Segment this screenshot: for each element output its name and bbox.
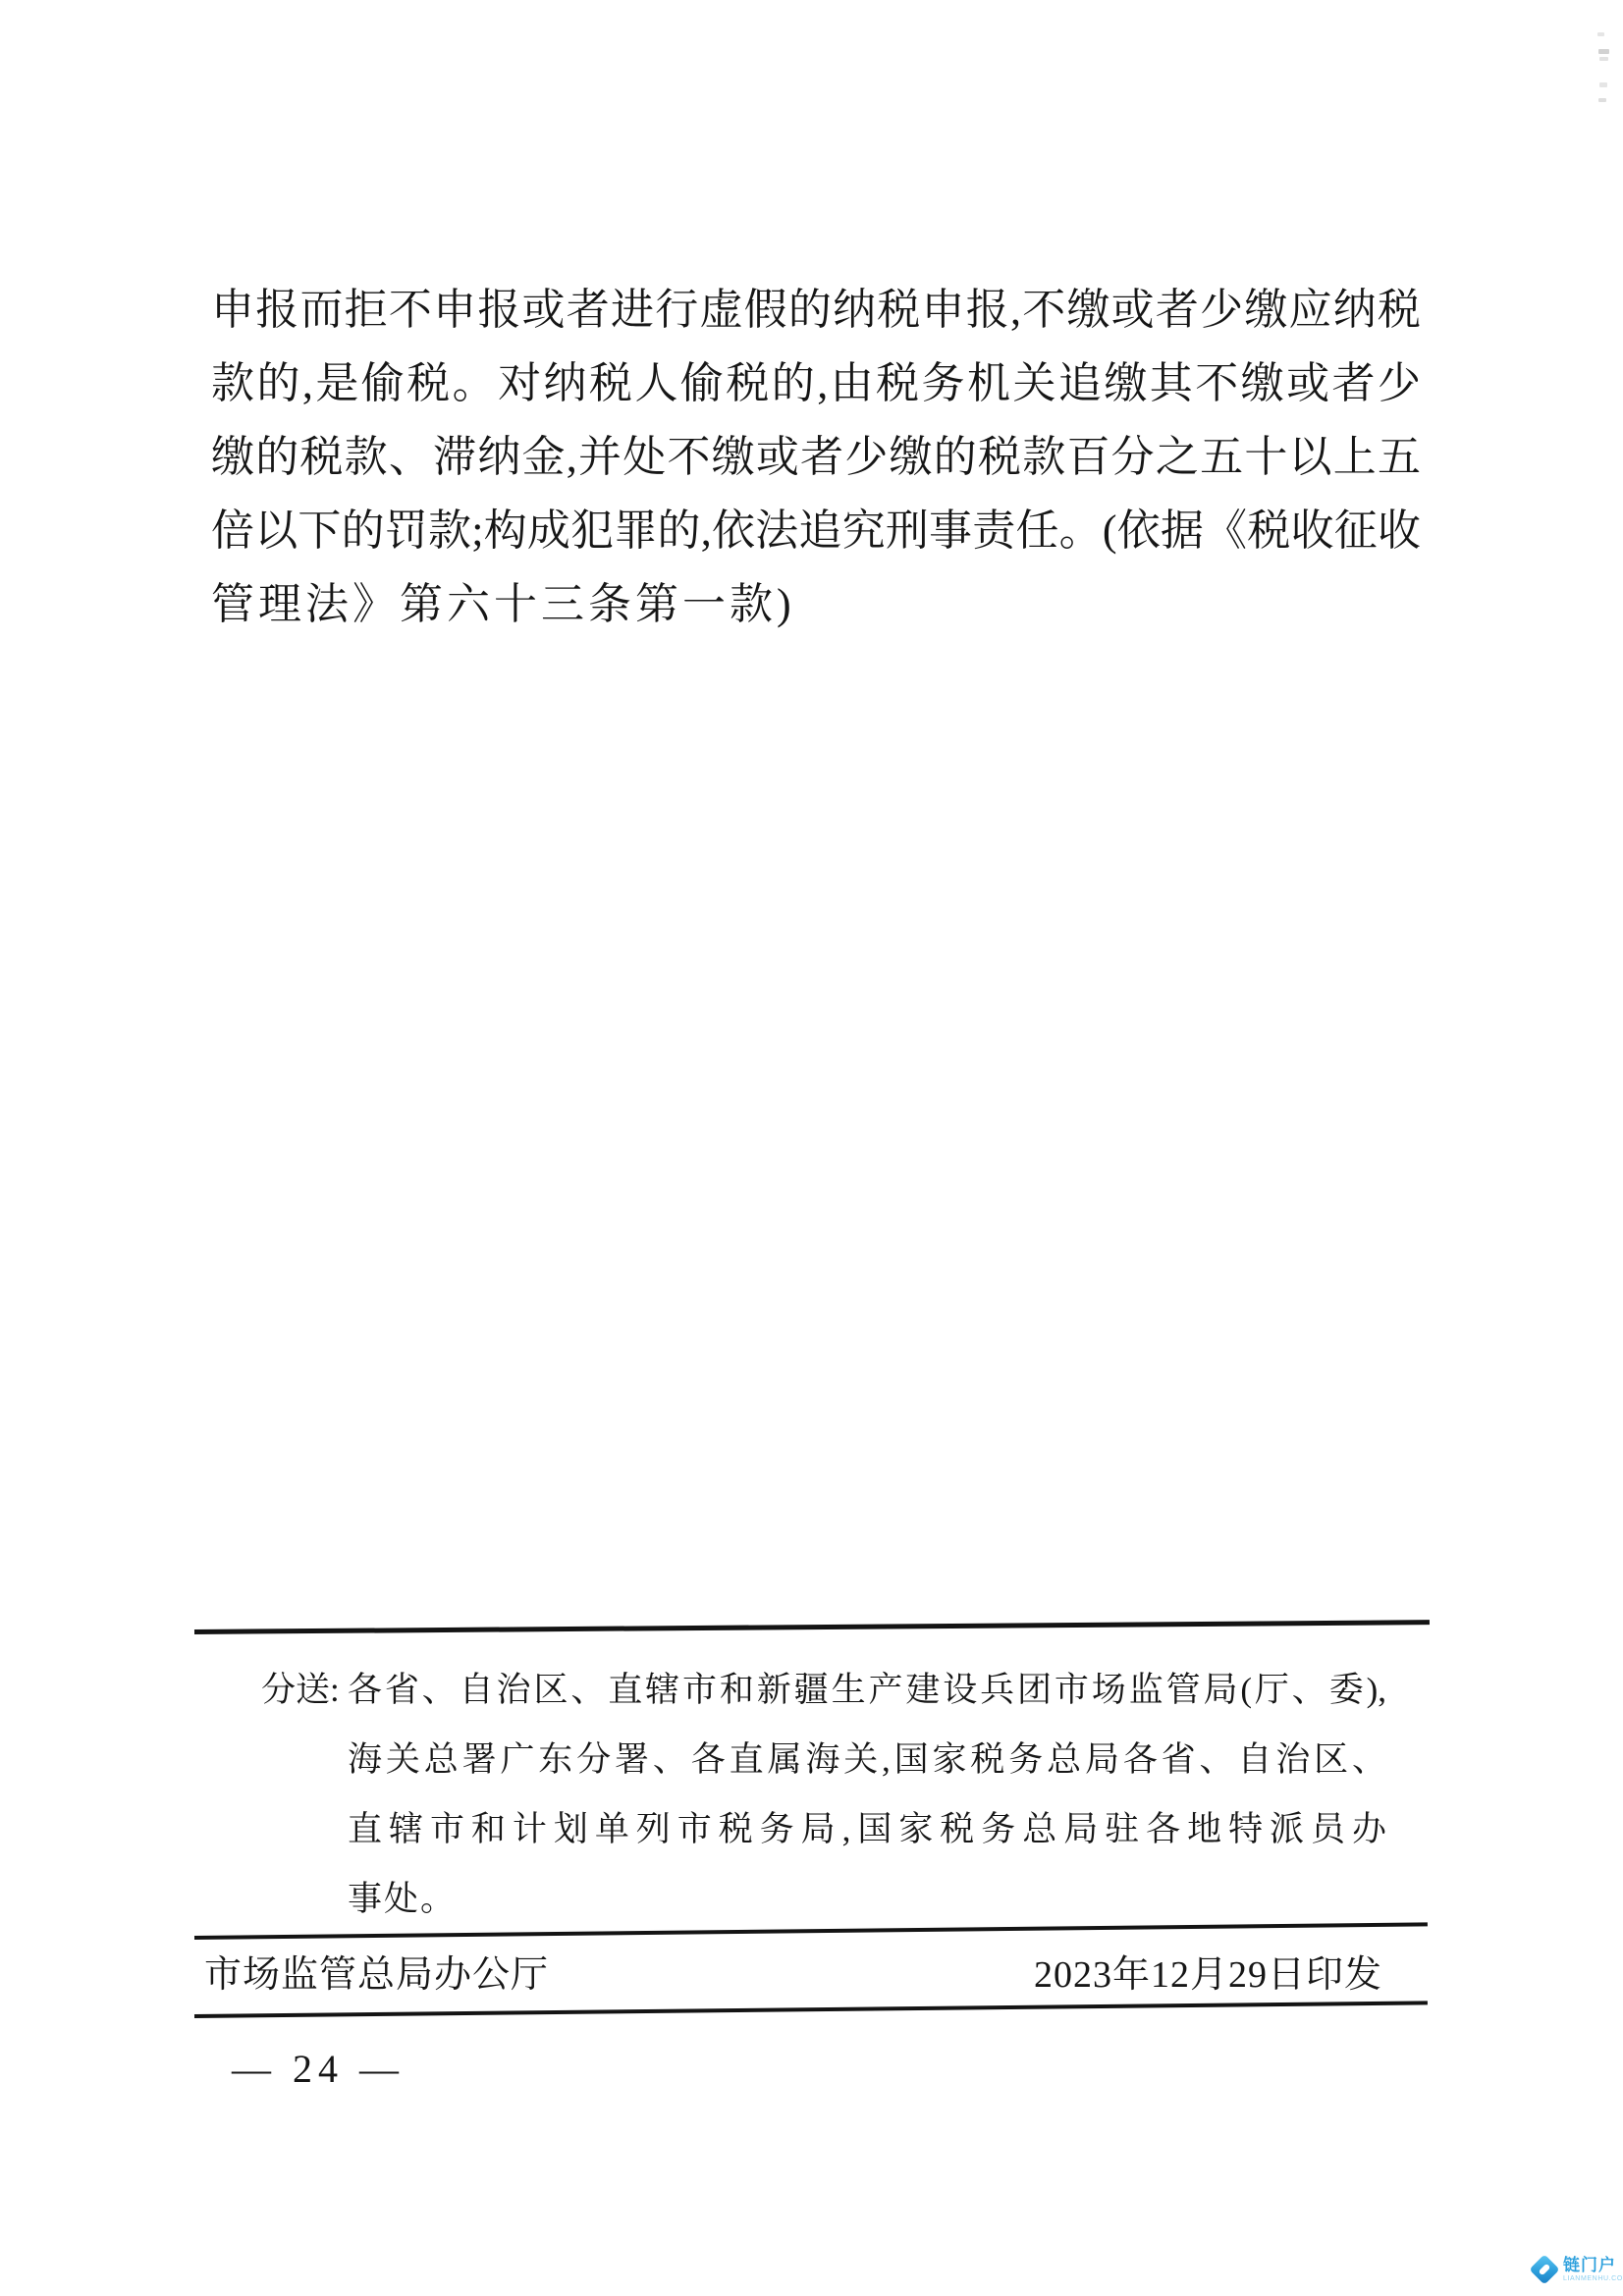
page-number: — 24 — bbox=[232, 2048, 405, 2091]
watermark-domain: LIANMENHU.COM bbox=[1563, 2275, 1623, 2282]
scan-artifact bbox=[1599, 57, 1608, 61]
footer-row: 市场监管总局办公厅 2023年12月29日印发 bbox=[204, 1951, 1382, 1999]
body-line: 缴的税款、滞纳金,并处不缴或者少缴的税款百分之五十以上五 bbox=[211, 420, 1421, 494]
body-line: 款的,是偷税。对纳税人偷税的,由税务机关追缴其不缴或者少 bbox=[211, 347, 1421, 420]
distribution-block: 分送: 各省、自治区、直辖市和新疆生产建设兵团市场监管局(厅、委), 海关总署广… bbox=[261, 1655, 1386, 1934]
distribution-line: 各省、自治区、直辖市和新疆生产建设兵团市场监管局(厅、委), bbox=[348, 1655, 1386, 1725]
distribution-label: 分送: bbox=[261, 1655, 348, 1725]
distribution-line: 事处。 bbox=[348, 1864, 1386, 1934]
body-paragraph: 申报而拒不申报或者进行虚假的纳税申报,不缴或者少缴应纳税 款的,是偷税。对纳税人… bbox=[211, 273, 1421, 641]
scan-artifact bbox=[1598, 98, 1606, 102]
scan-artifact bbox=[1598, 49, 1609, 54]
divider-line-footer-bottom bbox=[194, 2001, 1428, 2018]
scan-artifact bbox=[1597, 32, 1604, 36]
distribution-line: 直辖市和计划单列市税务局,国家税务总局驻各地特派员办 bbox=[348, 1794, 1386, 1864]
lianmenhu-logo-icon bbox=[1529, 2254, 1559, 2284]
document-page: 申报而拒不申报或者进行虚假的纳税申报,不缴或者少缴应纳税 款的,是偷税。对纳税人… bbox=[0, 0, 1623, 2296]
body-line: 管理法》第六十三条第一款) bbox=[211, 567, 1421, 641]
watermark: 链门户 LIANMENHU.COM bbox=[1532, 2257, 1623, 2282]
footer-print-date: 2023年12月29日印发 bbox=[1034, 1951, 1382, 1999]
body-line: 倍以下的罚款;构成犯罪的,依法追究刑事责任。(依据《税收征收 bbox=[211, 494, 1421, 567]
watermark-name: 链门户 bbox=[1563, 2257, 1623, 2274]
scan-artifact bbox=[1599, 82, 1607, 87]
divider-line-top bbox=[194, 1620, 1430, 1634]
body-line: 申报而拒不申报或者进行虚假的纳税申报,不缴或者少缴应纳税 bbox=[211, 273, 1421, 347]
footer-issuer: 市场监管总局办公厅 bbox=[204, 1951, 549, 1999]
distribution-line: 海关总署广东分署、各直属海关,国家税务总局各省、自治区、 bbox=[348, 1725, 1386, 1794]
